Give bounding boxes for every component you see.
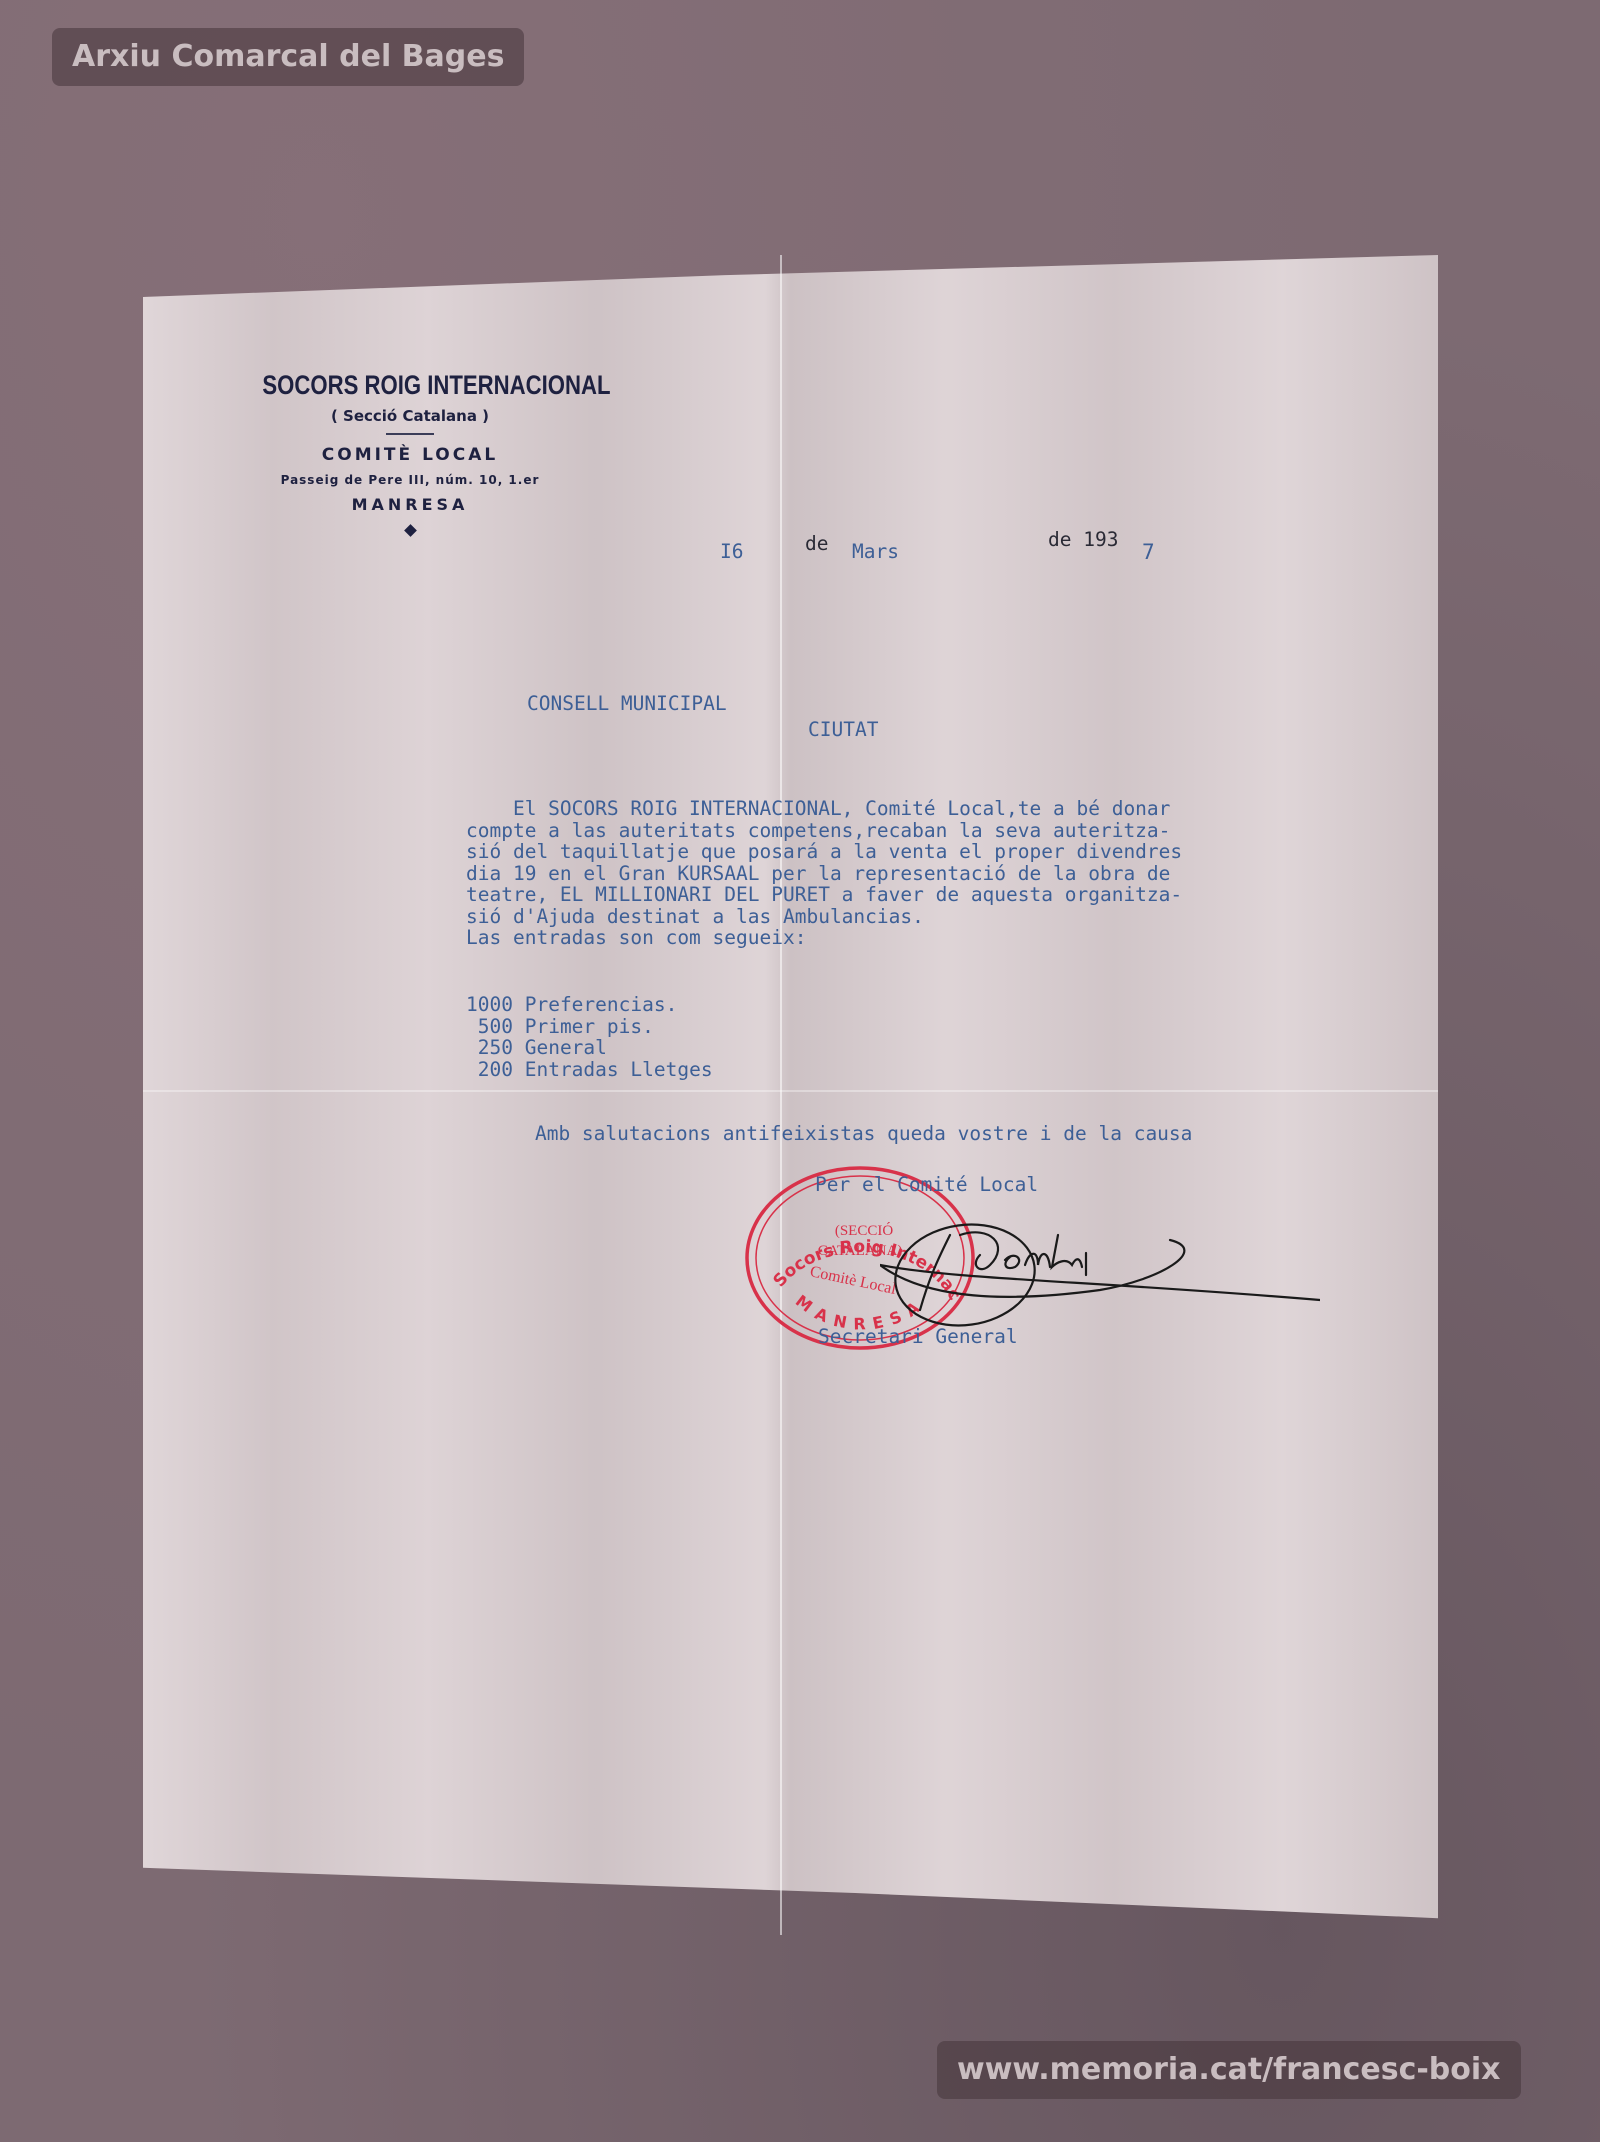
ticket-quantity: 250	[466, 1036, 513, 1059]
body-line: El SOCORS ROIG INTERNACIONAL, Comité Loc…	[466, 797, 1170, 820]
body-line: Las entradas son com segueix:	[466, 926, 806, 949]
letterhead-city: MANRESA	[230, 495, 590, 514]
archive-label: Arxiu Comarcal del Bages	[52, 28, 524, 86]
body-line: sió del taquillatje que posará a la vent…	[466, 840, 1182, 863]
ticket-type: Preferencias.	[525, 993, 678, 1016]
letterhead-committee: COMITÈ LOCAL	[230, 445, 590, 465]
ticket-quantity: 200	[466, 1058, 513, 1081]
ticket-item: 1000 Preferencias.	[466, 993, 677, 1016]
diamond-ornament-icon	[404, 524, 417, 537]
ticket-type: Primer pis.	[525, 1015, 654, 1038]
body-line: teatre, EL MILLIONARI DEL PURET a faver …	[466, 883, 1182, 906]
ticket-item: 200 Entradas Lletges	[466, 1058, 713, 1081]
recipient-line1: CONSELL MUNICIPAL	[527, 692, 727, 715]
website-label: www.memoria.cat/francesc-boix	[937, 2041, 1521, 2099]
letterhead-divider	[386, 433, 434, 435]
ticket-quantity: 1000	[466, 993, 513, 1016]
vertical-fold-crease	[780, 255, 782, 1935]
ticket-type: Entradas Lletges	[525, 1058, 713, 1081]
letterhead-address: Passeig de Pere III, núm. 10, 1.er	[230, 473, 590, 487]
signature-on-behalf: Per el Comité Local	[815, 1173, 1038, 1196]
body-line: compte a las auteritats competens,recaba…	[466, 819, 1170, 842]
recipient-line2: CIUTAT	[808, 718, 878, 741]
date-day: I6	[720, 540, 743, 563]
body-line: dia 19 en el Gran KURSAAL per la represe…	[466, 862, 1170, 885]
body-line: sió d'Ajuda destinat a las Ambulancias.	[466, 905, 924, 928]
ticket-item: 250 General	[466, 1036, 607, 1059]
date-month: Mars	[852, 540, 899, 563]
letterhead: SOCORS ROIG INTERNACIONAL ( Secció Catal…	[230, 370, 590, 535]
date-de: de	[805, 532, 828, 555]
ticket-item: 500 Primer pis.	[466, 1015, 654, 1038]
letterhead-section: ( Secció Catalana )	[230, 407, 590, 425]
date-year-digit: 7	[1142, 540, 1155, 564]
closing-line: Amb salutacions antifeixistas queda vost…	[488, 1122, 1192, 1145]
handwritten-signature	[880, 1205, 1320, 1335]
ticket-type: General	[525, 1036, 607, 1059]
horizontal-fold-crease	[143, 1090, 1438, 1092]
date-year-prefix: de 193	[1048, 528, 1118, 551]
letterhead-organization: SOCORS ROIG INTERNACIONAL	[262, 370, 557, 401]
ticket-quantity: 500	[466, 1015, 513, 1038]
signature-title: Secretari General	[818, 1325, 1018, 1348]
